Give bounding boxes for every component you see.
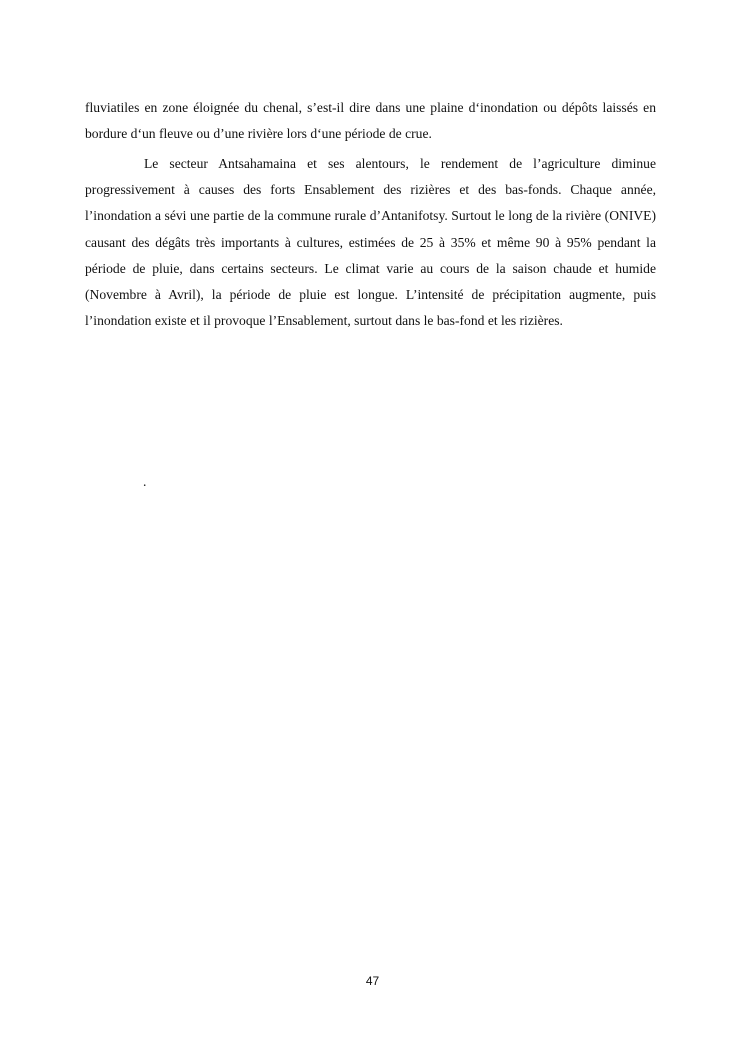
paragraph-antsahamaina: Le secteur Antsahamaina et ses alentours… [85,151,656,334]
page-number: 47 [0,974,745,988]
stray-period: . [143,474,146,490]
paragraph-continuation: fluviatiles en zone éloignée du chenal, … [85,95,656,147]
document-page: fluviatiles en zone éloignée du chenal, … [0,0,745,1053]
